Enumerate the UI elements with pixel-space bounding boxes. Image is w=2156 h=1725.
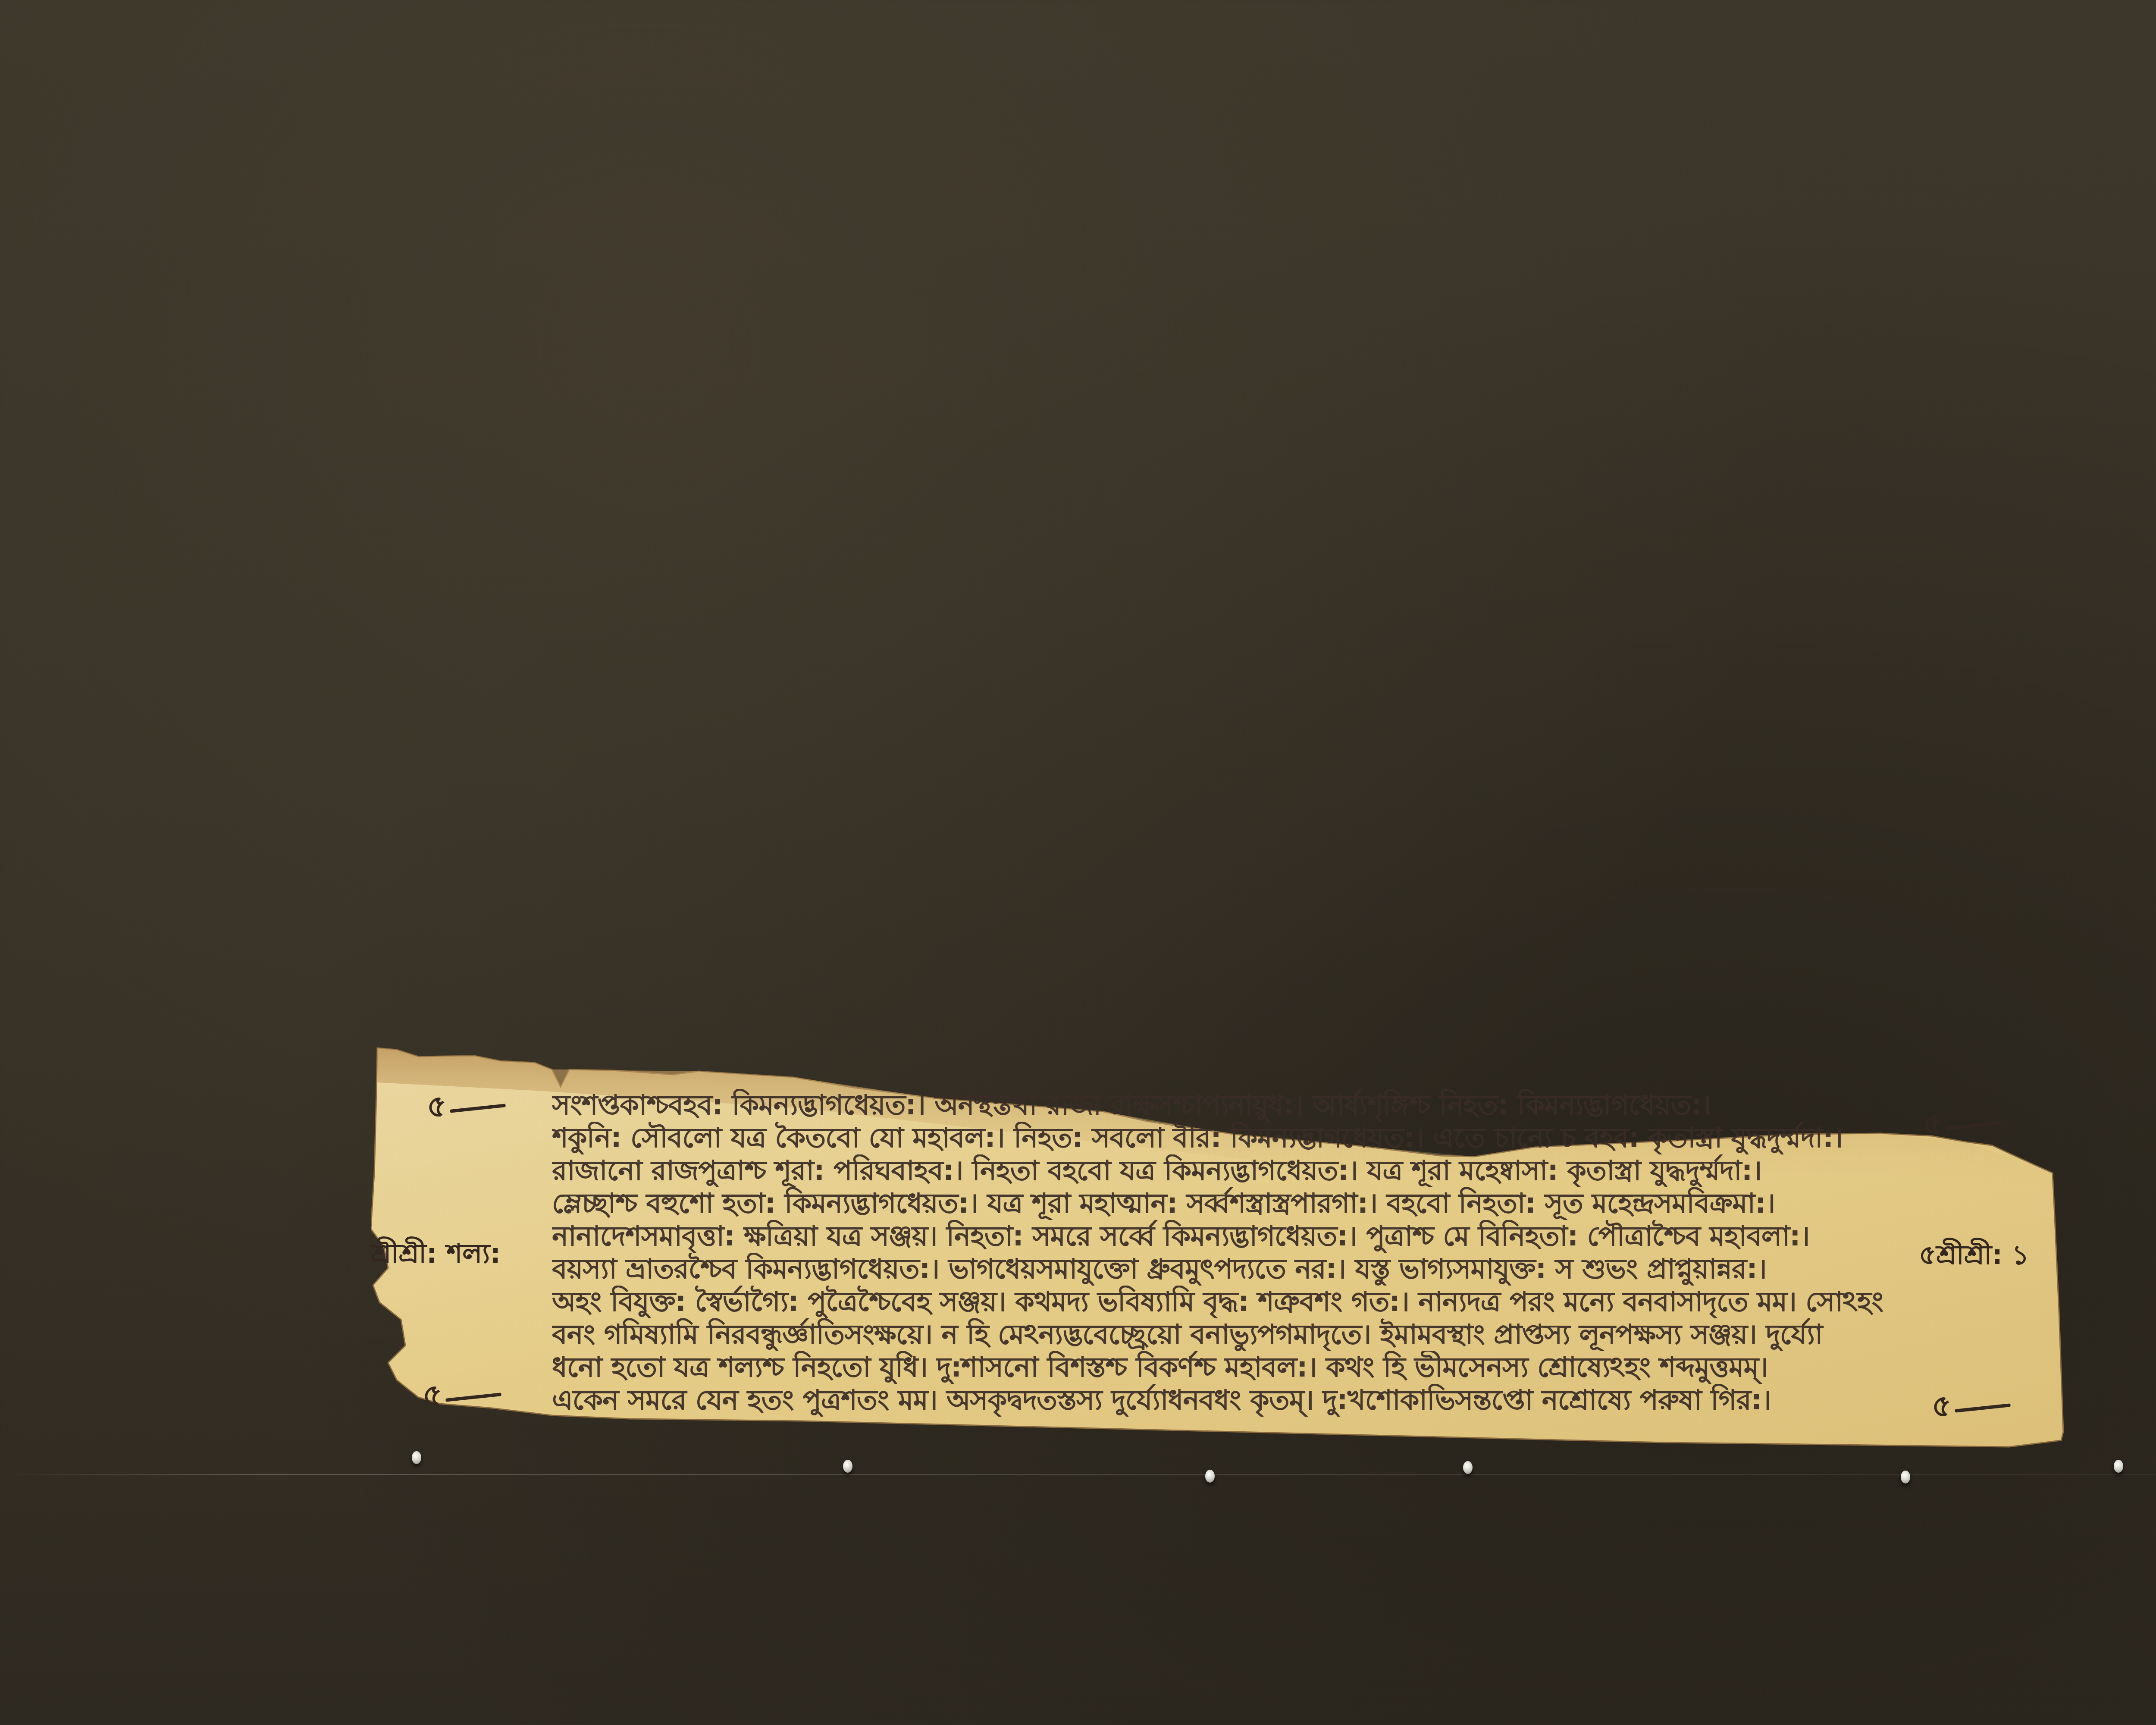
numeral-glyph: ৫ [427, 1088, 446, 1124]
text-line-5: নানাদেশসমাবৃত্তা: ক্ষত্রিয়া যত্র সঞ্জয়… [552, 1220, 1897, 1253]
text-line-3: রাজানো রাজপুত্রাশ্চ শূরা: পরিঘবাহব:। নিহ… [552, 1154, 1897, 1187]
numeral-glyph: ৫ [1923, 1106, 1943, 1141]
mounting-pin [1463, 1461, 1473, 1474]
numeral-glyph: ৫ [1932, 1388, 1951, 1424]
swash-stroke [450, 1104, 506, 1113]
left-bottom-page-mark: ৫ [423, 1380, 501, 1410]
text-line-9: ধনো হতো যত্র শল্যশ্চ নিহতো যুধি। দু:শাসন… [552, 1351, 1897, 1384]
mounting-pin [1205, 1470, 1215, 1483]
mounting-pin [843, 1460, 852, 1473]
right-top-page-mark: ৫ [1923, 1108, 2002, 1138]
manuscript-leaf: ৫ শ্রীশ্রী: শল্য: ৫ সংশপ্তকাশ্চবহব: কিমন… [371, 1044, 2065, 1471]
text-line-2: শকুনি: সৌবলো যত্র কৈতবো যো মহাবল:। নিহত:… [552, 1122, 1897, 1154]
swash-stroke [1955, 1403, 2011, 1413]
text-line-7: অহং বিযুক্ত: স্বৈর্ভাগ্যৈ: পুত্রৈশ্চৈবেহ… [552, 1286, 1897, 1318]
mounting-pin [1901, 1471, 1910, 1483]
numeral-glyph: ৫ [423, 1377, 442, 1413]
mounting-pin [2114, 1460, 2123, 1473]
swash-stroke [1946, 1121, 2002, 1130]
text-lines: সংশপ্তকাশ্চবহব: কিমন্যদ্ভাগধেয়ত:। অনস্থ… [552, 1089, 1897, 1417]
manuscript-text-area: ৫ শ্রীশ্রী: শল্য: ৫ সংশপ্তকাশ্চবহব: কিমন… [371, 1044, 2065, 1471]
mounting-pin [412, 1451, 421, 1464]
right-bottom-page-mark: ৫ [1932, 1391, 2011, 1421]
text-line-4: ম্লেচ্ছাশ্চ বহুশো হতা: কিমন্যদ্ভাগধেয়ত:… [552, 1187, 1897, 1220]
board-seam-line [0, 1474, 2156, 1475]
text-line-8: বনং গমিষ্যামি নিরবন্ধুর্জ্ঞাতিসংক্ষয়ে। … [552, 1318, 1897, 1351]
swash-stroke [445, 1393, 501, 1402]
left-margin-title: শ্রীশ্রী: শল্য: [371, 1239, 501, 1269]
text-line-10: একেন সমরে যেন হতং পুত্রশতং মম। অসকৃদ্বদত… [552, 1384, 1897, 1417]
text-line-6: বয়স্যা ভ্রাতরশ্চৈব কিমন্যদ্ভাগধেয়ত:। ভ… [552, 1253, 1897, 1286]
right-margin-folio-number: ৫শ্রীশ্রী: ১ [1919, 1240, 2029, 1270]
left-top-page-mark: ৫ [427, 1091, 506, 1121]
text-line-1: সংশপ্তকাশ্চবহব: কিমন্যদ্ভাগধেয়ত:। অনস্থ… [552, 1089, 1897, 1122]
